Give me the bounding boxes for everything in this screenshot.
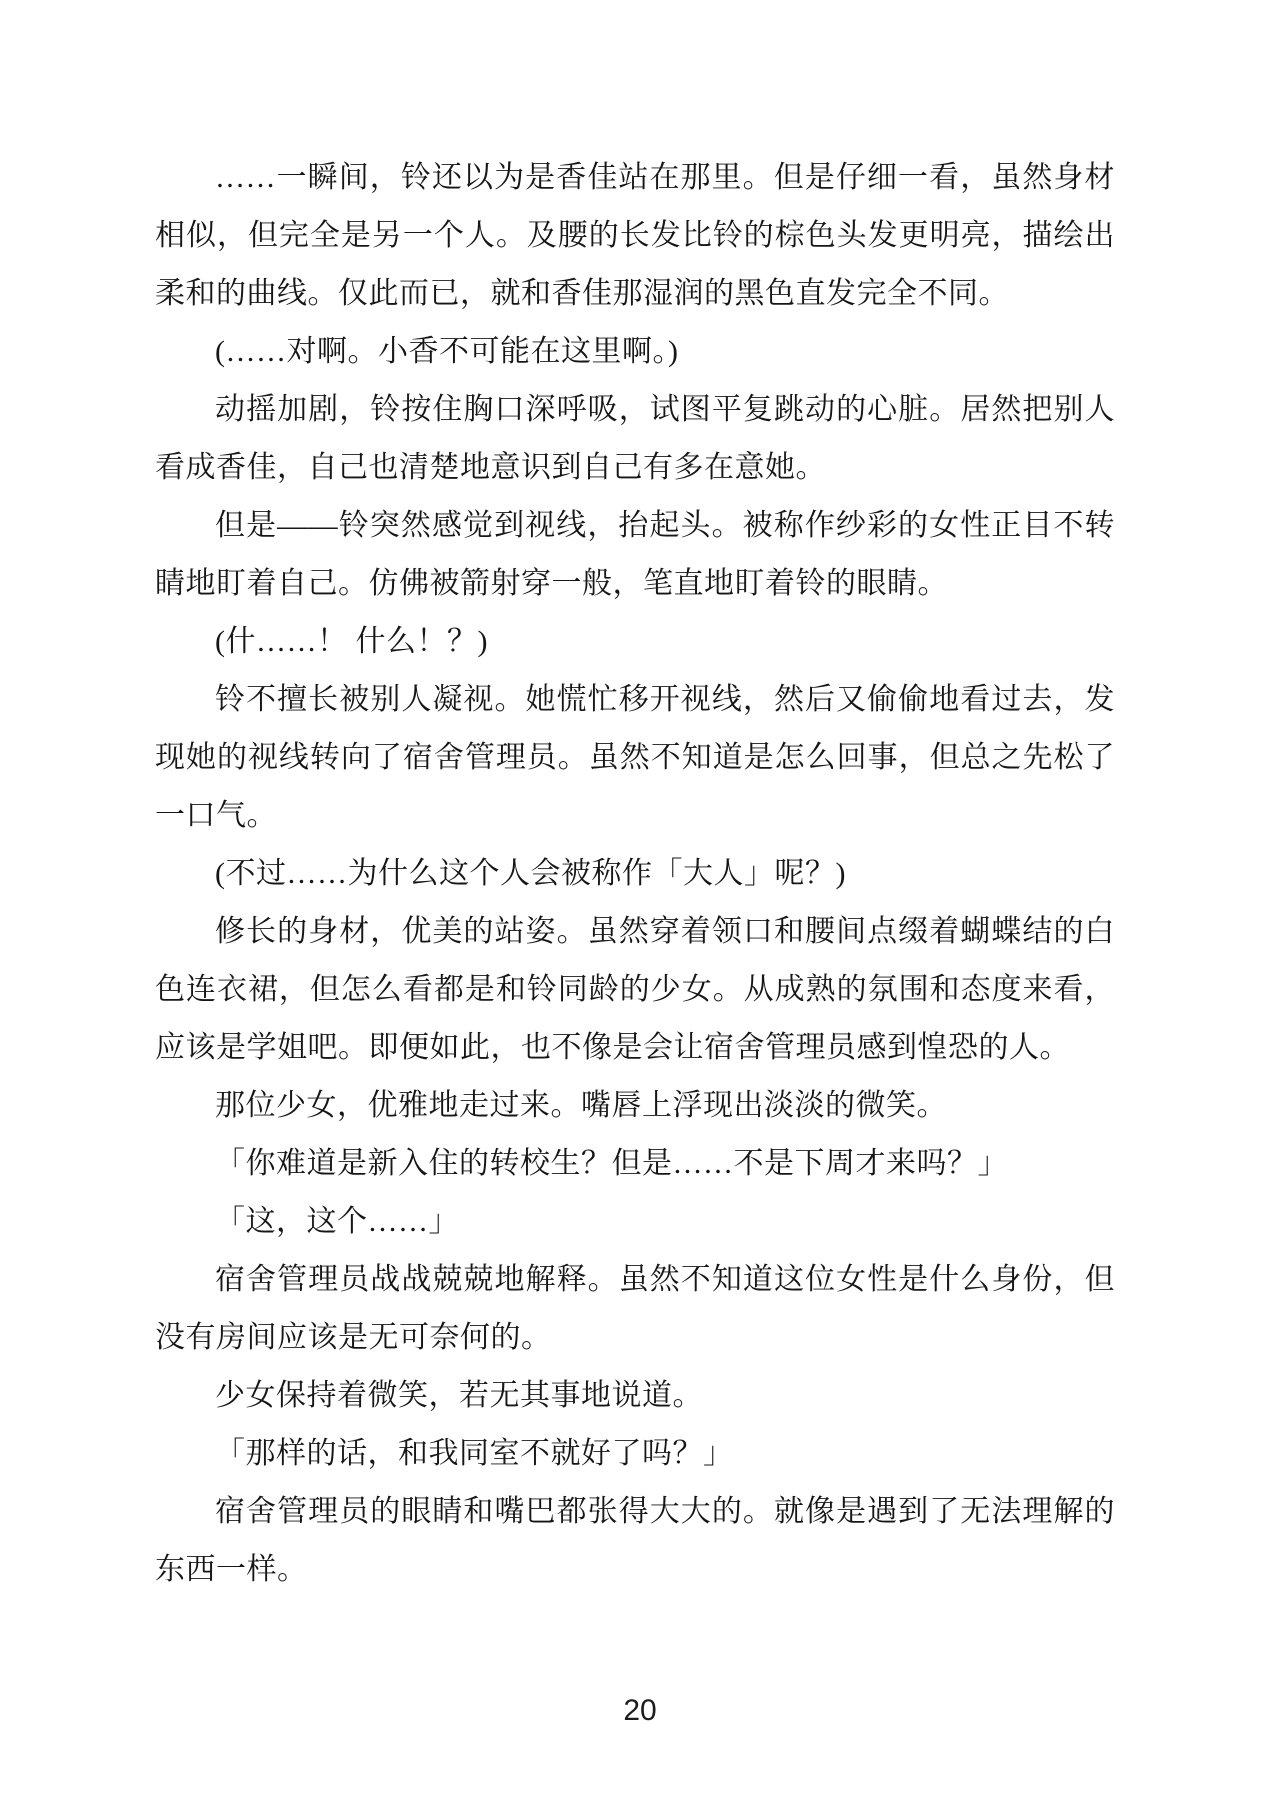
- page-number: 20: [0, 1693, 1280, 1729]
- paragraph-narration: 宿舍管理员的眼睛和嘴巴都张得大大的。就像是遇到了无法理解的东西一样。: [155, 1483, 1115, 1599]
- book-page: ……一瞬间，铃还以为是香佳站在那里。但是仔细一看，虽然身材相似，但完全是另一个人…: [0, 0, 1280, 1810]
- paragraph-narration: 修长的身材，优美的站姿。虽然穿着领口和腰间点缀着蝴蝶结的白色连衣裙，但怎么看都是…: [155, 903, 1115, 1077]
- paragraph-dialogue: 「你难道是新入住的转校生？但是……不是下周才来吗？」: [155, 1135, 1115, 1193]
- paragraph-narration: 但是——铃突然感觉到视线，抬起头。被称作纱彩的女性正目不转睛地盯着自己。仿佛被箭…: [155, 497, 1115, 613]
- paragraph-dialogue: 「那样的话，和我同室不就好了吗？」: [155, 1425, 1115, 1483]
- paragraph-narration: 铃不擅长被别人凝视。她慌忙移开视线，然后又偷偷地看过去，发现她的视线转向了宿舍管…: [155, 671, 1115, 845]
- paragraph-dialogue: 「这，这个……」: [155, 1193, 1115, 1251]
- page-text-block: ……一瞬间，铃还以为是香佳站在那里。但是仔细一看，虽然身材相似，但完全是另一个人…: [155, 149, 1115, 1599]
- paragraph-inner-thought: (不过……为什么这个人会被称作「大人」呢？): [155, 845, 1115, 903]
- paragraph-narration: 动摇加剧，铃按住胸口深呼吸，试图平复跳动的心脏。居然把别人看成香佳，自己也清楚地…: [155, 381, 1115, 497]
- paragraph-inner-thought: (什……！ 什么！？): [155, 613, 1115, 671]
- paragraph-narration: 少女保持着微笑，若无其事地说道。: [155, 1367, 1115, 1425]
- paragraph-inner-thought: (……对啊。小香不可能在这里啊。): [155, 323, 1115, 381]
- paragraph-narration: 那位少女，优雅地走过来。嘴唇上浮现出淡淡的微笑。: [155, 1077, 1115, 1135]
- paragraph-narration: 宿舍管理员战战兢兢地解释。虽然不知道这位女性是什么身份，但没有房间应该是无可奈何…: [155, 1251, 1115, 1367]
- paragraph-narration: ……一瞬间，铃还以为是香佳站在那里。但是仔细一看，虽然身材相似，但完全是另一个人…: [155, 149, 1115, 323]
